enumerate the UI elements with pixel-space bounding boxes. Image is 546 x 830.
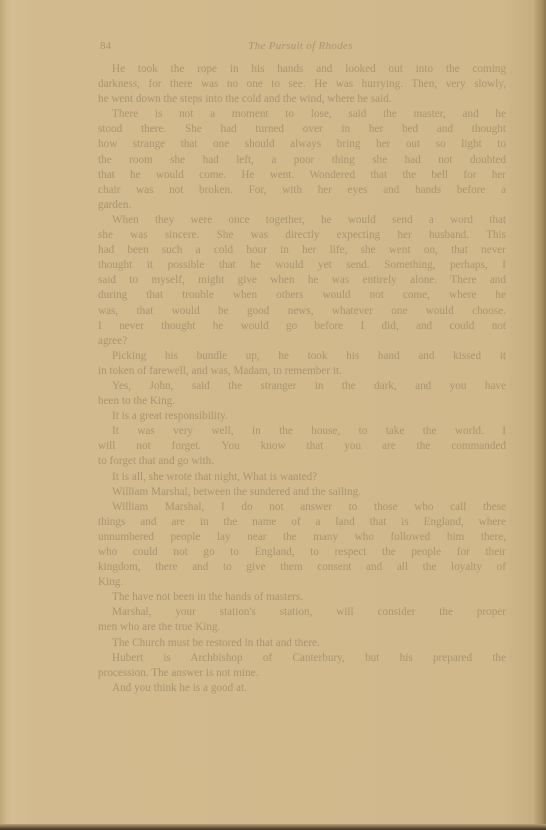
text-line: Hubert is Archbishop of Canterbury, but …: [98, 651, 506, 666]
text-line: to forget that and go with.: [98, 454, 506, 469]
text-line: garden.: [98, 198, 506, 213]
text-line: There is not a moment to lose, said the …: [98, 107, 506, 122]
text-line: stood there. She had turned over in her …: [98, 122, 506, 137]
running-header: 84 The Pursuit of Rhodes: [98, 40, 503, 56]
text-line: who could not go to England, to respect …: [98, 545, 506, 560]
text-line: I never thought he would go before I did…: [98, 319, 506, 334]
text-line: Marshal, your station's station, will co…: [98, 605, 506, 620]
running-title: The Pursuit of Rhodes: [98, 40, 503, 52]
text-line: William Marshal, between the sundered an…: [98, 485, 506, 500]
page-bottom-edge: [0, 824, 546, 830]
text-line: will not forget. You know that you are t…: [98, 439, 506, 454]
text-line: He took the rope in his hands and looked…: [98, 62, 506, 77]
text-line: King.: [98, 575, 506, 590]
text-line: chair was not broken. For, with her eyes…: [98, 183, 506, 198]
text-line: Picking his bundle up, he took his hand …: [98, 349, 506, 364]
text-line: Yes, John, said the stranger in the dark…: [98, 379, 506, 394]
body-text: He took the rope in his hands and looked…: [98, 62, 506, 696]
text-line: how strange that one should always bring…: [98, 137, 506, 152]
text-line: unnumbered people lay near the many who …: [98, 530, 506, 545]
text-line: men who are the true King.: [98, 620, 506, 635]
text-line: And you think he is a good at.: [98, 681, 506, 696]
text-line: darkness, for there was no one to see. H…: [98, 77, 506, 92]
text-line: It was very well, in the house, to take …: [98, 424, 506, 439]
text-line: during that trouble when others would no…: [98, 288, 506, 303]
text-line: It is a great responsibility.: [98, 409, 506, 424]
text-line: When they were once together, he would s…: [98, 213, 506, 228]
page-edge: [532, 0, 546, 830]
text-line: procession. The answer is not mine.: [98, 666, 506, 681]
text-line: The have not been in the hands of master…: [98, 590, 506, 605]
text-line: that he would come. He went. Wondered th…: [98, 168, 506, 183]
text-line: agree?: [98, 334, 506, 349]
text-line: William Marshal, I do not answer to thos…: [98, 500, 506, 515]
text-line: It is all, she wrote that night, What is…: [98, 470, 506, 485]
text-line: The Church must be restored in that and …: [98, 636, 506, 651]
text-line: she was sincere. She was directly expect…: [98, 228, 506, 243]
text-line: had been such a cold hour in her life, s…: [98, 243, 506, 258]
text-line: the room she had left, a poor thing she …: [98, 153, 506, 168]
text-line: said to myself, might give when he was e…: [98, 273, 506, 288]
text-line: he went down the steps into the cold and…: [98, 92, 506, 107]
scanned-book-page: 84 The Pursuit of Rhodes He took the rop…: [0, 0, 546, 830]
page-gutter: [0, 0, 8, 830]
text-line: kingdom, there and to give them consent …: [98, 560, 506, 575]
text-line: was, that would be good news, whatever o…: [98, 304, 506, 319]
text-line: been to the King.: [98, 394, 506, 409]
text-line: in token of farewell, and was, Madam, to…: [98, 364, 506, 379]
text-line: thought it possible that he would yet se…: [98, 258, 506, 273]
text-line: things and are in the name of a land tha…: [98, 515, 506, 530]
